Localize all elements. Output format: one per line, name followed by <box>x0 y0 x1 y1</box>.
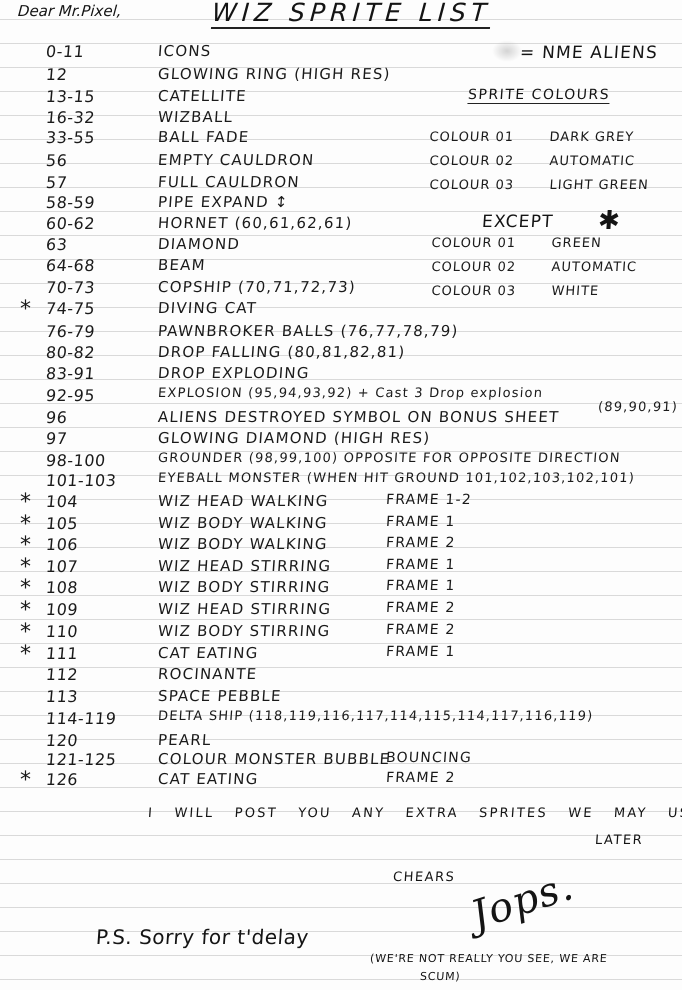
sprite-number: 80-82 <box>45 343 96 362</box>
sprite-number: 105 <box>45 514 79 533</box>
sprite-description: EMPTY CAULDRON <box>157 151 315 169</box>
sprite-row: *106WIZ BODY WALKINGFRAME 2 <box>0 535 682 557</box>
sprite-frame-note: FRAME 2 <box>385 770 456 786</box>
sprite-description: EYEBALL MONSTER (WHEN HIT GROUND 101,102… <box>157 471 635 486</box>
sprite-description: BALL FADE <box>157 128 250 146</box>
postscript: P.S. Sorry for t'delay <box>95 925 309 949</box>
sprite-frame-note: FRAME 1 <box>385 514 456 530</box>
sprite-description: WIZ BODY STIRRING <box>157 622 331 640</box>
sprite-description: WIZ HEAD STIRRING <box>157 600 332 618</box>
sprite-description: SPACE PEBBLE <box>157 687 282 705</box>
sprite-number: 121-125 <box>45 750 117 769</box>
sprite-row: 101-103EYEBALL MONSTER (WHEN HIT GROUND … <box>0 471 682 493</box>
sprite-row: 97GLOWING DIAMOND (HIGH RES) <box>0 429 682 451</box>
asterisk-icon: * <box>20 297 31 322</box>
asterisk-icon: * <box>20 642 31 667</box>
sprite-row: 113SPACE PEBBLE <box>0 687 682 709</box>
sprite-number: 60-62 <box>45 214 96 233</box>
sprite-row: 63DIAMOND <box>0 235 682 257</box>
sprite-row: 0-11ICONS <box>0 42 682 64</box>
sprite-row: *105WIZ BODY WALKINGFRAME 1 <box>0 514 682 536</box>
sprite-row: 83-91DROP EXPLODING <box>0 364 682 386</box>
sprite-number: 74-75 <box>45 299 96 318</box>
sprite-description: WIZ HEAD STIRRING <box>157 557 332 575</box>
sprite-number: 126 <box>45 770 79 789</box>
sprite-number: 110 <box>45 622 79 641</box>
sprite-description: HORNET (60,61,62,61) <box>157 214 353 232</box>
sprite-row: 60-62HORNET (60,61,62,61) <box>0 214 682 236</box>
sprite-number: 63 <box>45 235 68 254</box>
sprite-description: CAT EATING <box>157 770 259 788</box>
closing-note: I WILL POST YOU ANY EXTRA SPRITES WE MAY… <box>147 806 682 821</box>
sprite-frame-note: FRAME 1-2 <box>385 492 472 508</box>
sprite-row: 16-32WIZBALL <box>0 108 682 130</box>
sprite-row: 12GLOWING RING (HIGH RES) <box>0 65 682 87</box>
sprite-number: 83-91 <box>45 364 96 383</box>
postscript-aside: (WE'RE NOT REALLY YOU SEE, WE ARE <box>370 952 608 965</box>
sprite-number: 113 <box>45 687 79 706</box>
sprite-description: GLOWING DIAMOND (HIGH RES) <box>157 429 431 447</box>
sprite-description: WIZ HEAD WALKING <box>157 492 329 510</box>
sprite-row: *109WIZ HEAD STIRRINGFRAME 2 <box>0 600 682 622</box>
sprite-description: EXPLOSION (95,94,93,92) + Cast 3 Drop ex… <box>157 386 543 401</box>
sprite-row: 57FULL CAULDRON <box>0 173 682 195</box>
sprite-description: PEARL <box>157 731 212 749</box>
sprite-description: WIZBALL <box>157 108 233 126</box>
sprite-frame-note: FRAME 2 <box>385 600 456 616</box>
sprite-description: PIPE EXPAND ↕ <box>157 193 289 211</box>
sprite-row: *108WIZ BODY STIRRINGFRAME 1 <box>0 578 682 600</box>
sprite-row: *104WIZ HEAD WALKINGFRAME 1-2 <box>0 492 682 514</box>
sprite-description: COLOUR MONSTER BUBBLE <box>157 750 391 768</box>
sprite-row: *107WIZ HEAD STIRRINGFRAME 1 <box>0 557 682 579</box>
sprite-description: WIZ BODY WALKING <box>157 535 328 553</box>
sprite-number: 106 <box>45 535 79 554</box>
sprite-number: 114-119 <box>45 709 117 728</box>
sprite-description: GLOWING RING (HIGH RES) <box>157 65 391 83</box>
closing-note-continued: LATER <box>594 833 643 848</box>
sprite-number: 70-73 <box>45 278 96 297</box>
sprite-description: ICONS <box>157 42 212 60</box>
sprite-description: COPSHIP (70,71,72,73) <box>157 278 356 296</box>
sprite-number: 112 <box>45 665 79 684</box>
page-title: WIZ SPRITE LIST <box>211 0 492 29</box>
sprite-description: ROCINANTE <box>157 665 258 683</box>
sprite-description: CAT EATING <box>157 644 259 662</box>
sprite-number: 58-59 <box>45 193 96 212</box>
sprite-row: 13-15CATELLITE <box>0 87 682 109</box>
sprite-description: DROP EXPLODING <box>157 364 310 382</box>
sprite-number: 92-95 <box>45 386 96 405</box>
sprite-row: *110WIZ BODY STIRRINGFRAME 2 <box>0 622 682 644</box>
sprite-row: *111CAT EATINGFRAME 1 <box>0 644 682 666</box>
sprite-description: DIVING CAT <box>157 299 257 317</box>
sprite-description: ALIENS DESTROYED SYMBOL ON BONUS SHEET <box>157 408 560 426</box>
sprite-number: 56 <box>45 151 68 170</box>
sprite-description: BEAM <box>157 256 206 274</box>
sprite-number: 109 <box>45 600 79 619</box>
sprite-number: 101-103 <box>45 471 117 490</box>
sprite-number: 57 <box>45 173 68 192</box>
asterisk-icon: * <box>20 768 31 793</box>
sprite-description: WIZ BODY STIRRING <box>157 578 331 596</box>
sprite-description: CATELLITE <box>157 87 247 105</box>
sprite-number: 120 <box>45 731 79 750</box>
sprite-row: 70-73COPSHIP (70,71,72,73) <box>0 278 682 300</box>
sprite-frame-note: BOUNCING <box>385 750 472 766</box>
sprite-row: *126CAT EATINGFRAME 2 <box>0 770 682 792</box>
sprite-number: 98-100 <box>45 451 106 470</box>
sprite-description: GROUNDER (98,99,100) OPPOSITE FOR OPPOSI… <box>157 451 621 466</box>
sprite-row: 98-100GROUNDER (98,99,100) OPPOSITE FOR … <box>0 451 682 473</box>
sprite-row: 112ROCINANTE <box>0 665 682 687</box>
sprite-number: 96 <box>45 408 68 427</box>
sprite-row: 80-82DROP FALLING (80,81,82,81) <box>0 343 682 365</box>
postscript-aside-continued: SCUM) <box>420 970 461 983</box>
sprite-row: 33-55BALL FADE <box>0 128 682 150</box>
sprite-frame-note: FRAME 1 <box>385 578 456 594</box>
sprite-frame-note: FRAME 1 <box>385 557 456 573</box>
sprite-frame-note: FRAME 1 <box>385 644 456 660</box>
sprite-number: 33-55 <box>45 128 96 147</box>
sign-off: CHEARS <box>392 870 455 885</box>
sprite-row: 96ALIENS DESTROYED SYMBOL ON BONUS SHEET… <box>0 408 682 430</box>
sprite-number: 0-11 <box>45 42 85 61</box>
sprite-row: *74-75DIVING CAT <box>0 299 682 321</box>
sprite-description: WIZ BODY WALKING <box>157 514 328 532</box>
greeting: Dear Mr.Pixel, <box>17 2 122 20</box>
sprite-description: DIAMOND <box>157 235 240 253</box>
sprite-number: 97 <box>45 429 68 448</box>
sprite-description: DROP FALLING (80,81,82,81) <box>157 343 406 361</box>
sprite-number: 16-32 <box>45 108 96 127</box>
sprite-row: 58-59PIPE EXPAND ↕ <box>0 193 682 215</box>
sprite-number: 107 <box>45 557 79 576</box>
sprite-row: 64-68BEAM <box>0 256 682 278</box>
sprite-number: 64-68 <box>45 256 96 275</box>
sprite-number: 13-15 <box>45 87 96 106</box>
sprite-row: 121-125COLOUR MONSTER BUBBLEBOUNCING <box>0 750 682 772</box>
sprite-description: FULL CAULDRON <box>157 173 300 191</box>
sprite-number: 111 <box>45 644 79 663</box>
sprite-description: PAWNBROKER BALLS (76,77,78,79) <box>157 322 459 340</box>
sprite-row: 56EMPTY CAULDRON <box>0 151 682 173</box>
sprite-number: 104 <box>45 492 79 511</box>
sprite-frame-note: (89,90,91) <box>597 400 678 415</box>
sprite-frame-note: FRAME 2 <box>385 535 456 551</box>
sprite-description: DELTA SHIP (118,119,116,117,114,115,114,… <box>157 709 593 724</box>
sprite-row: 114-119DELTA SHIP (118,119,116,117,114,1… <box>0 709 682 731</box>
sprite-row: 76-79PAWNBROKER BALLS (76,77,78,79) <box>0 322 682 344</box>
sprite-frame-note: FRAME 2 <box>385 622 456 638</box>
sprite-number: 108 <box>45 578 79 597</box>
sprite-number: 12 <box>45 65 68 84</box>
sprite-row: 92-95EXPLOSION (95,94,93,92) + Cast 3 Dr… <box>0 386 682 408</box>
sprite-number: 76-79 <box>45 322 96 341</box>
